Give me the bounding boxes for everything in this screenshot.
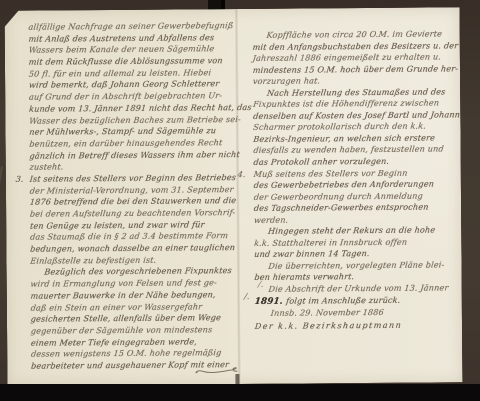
line-text: mit Anlaß des Austretens und Abfallens d… (28, 32, 215, 43)
line-text: auf Grund der in Abschrift beigebrachten… (28, 90, 222, 102)
line-text: das Staumaß die in § 2 ad 3.4 bestimmte … (30, 230, 229, 242)
handwritten-line: Kopffläche von circa 20 O.M. im Gevierte (252, 28, 455, 41)
line-text: gegenüber der Sägemühle von mindestens (30, 324, 213, 335)
handwritten-line: kunde vom 13. Jänner 1891 nicht das Rech… (28, 102, 242, 115)
line-text: Scharmer protokollarisch durch den k.k. (253, 121, 427, 132)
line-text: Bezüglich des vorgeschriebenen Fixpunkte… (44, 265, 233, 276)
line-text: der Gewerbeordnung durch Anmeldung (253, 190, 423, 201)
handwritten-line: mauerter Bauwerke in der Nähe bedungen, (30, 289, 244, 302)
handwritten-line: benützen, ein darüber hinausgehendes Rec… (29, 137, 243, 150)
item-number-marker: 4. (237, 168, 246, 180)
line-text: zusteht. (29, 162, 64, 172)
line-text: ner Mühlwerks-, Stampf- und Sägemühle zu (29, 125, 217, 136)
line-text: Muß seitens des Stellers vor Beginn (253, 167, 408, 178)
line-text: mindestens 15 O.M. hoch über dem Grunde … (252, 63, 459, 75)
line-text: Hingegen steht der Rekurs an die hohe (268, 225, 436, 236)
line-text: 1876 betreffend die bei den Stauwerken u… (29, 195, 237, 207)
line-text: vorzuragen hat. (252, 75, 321, 86)
right-page-text: Kopffläche von circa 20 O.M. im Gevierte… (252, 28, 456, 332)
line-text: bei deren Aufstellung zu beachtenden Vor… (29, 207, 236, 219)
closing-flourish-mark (193, 365, 239, 377)
line-text: Jahreszahl 1886 eingemeißelt zu erhalten… (252, 51, 442, 62)
line-text: folgt im Anschluße zurück. (286, 294, 401, 305)
margin-thread-line (0, 166, 3, 263)
line-text: benützen, ein darüber hinausgehendes Rec… (29, 137, 223, 149)
line-text: wird in Ermanglung von Felsen und fest g… (30, 277, 218, 288)
manuscript-photo: allfällige Nachfrage an seiner Gewerbebe… (0, 0, 480, 401)
line-text: das Protokoll anher vorzulegen. (253, 156, 390, 167)
line-text: werden. (253, 214, 289, 224)
date-line: Innsb. 29. November 1886 (254, 306, 457, 319)
insertion-caret-mark: /. (243, 290, 250, 302)
line-text: des Tagschneider-Gewerbes entsprochen (253, 202, 429, 213)
line-text: der Ministerial-Verordnung, vom 31. Sept… (29, 184, 234, 196)
line-text: des Gewerbebetriebes den Anforderungen (253, 179, 435, 190)
line-text: daß ein Stein an einer vor Wassergefahr (30, 301, 203, 312)
line-text: Einlaßstelle zu befestigen ist. (30, 254, 157, 265)
line-text: und zwar binnen 14 Tagen. (254, 248, 371, 259)
insertion-caret-mark: /. (243, 279, 264, 291)
line-text: Fixpunktes ist die Höhendifferenz zwisch… (253, 98, 440, 109)
line-text: Kopffläche von circa 20 O.M. im Gevierte (266, 28, 443, 39)
line-text: k.k. Statthalterei in Innsbruck offen (254, 236, 408, 247)
line-text: Bezirks-Ingenieur, an welchen sich erste… (253, 132, 436, 143)
line-text: Wassers beim Kanale der neuen Sägemühle (28, 44, 215, 55)
line-text: Wasser des bezüglichen Baches zum Betrie… (29, 113, 242, 125)
line-text: wird bemerkt, daß Johann Georg Schletter… (28, 79, 220, 91)
line-text: allfällige Nachfrage an seiner Gewerbebe… (28, 20, 234, 32)
line-text: 50 fl. für ein und allemal zu leisten. H… (28, 67, 212, 78)
line-text: Nach Herstellung des Staumaßes und des (266, 86, 446, 97)
line-text: gesicherten Stelle, allenfalls über dem … (30, 312, 221, 324)
line-text: Die Abschrift der Urkunde vom 13. Jänner (268, 282, 449, 293)
inserted-year-1891: 1891. (254, 296, 287, 306)
line-text: diesfalls zu wenden haben, festzustellen… (253, 144, 445, 156)
line-text: gänzlich in Betreff dieses Wassers ihm a… (29, 149, 241, 161)
line-text: bedungen, wonach dasselbe an einer taugl… (30, 242, 236, 254)
line-text: mauerter Bauwerke in der Nähe bedungen, (30, 289, 216, 300)
line-text: Die überreichten, vorgelegten Pläne blei… (268, 259, 445, 270)
handwritten-line: gegenüber der Sägemühle von mindestens (30, 324, 244, 337)
signature-line: Der k.k. Bezirkshauptmann (254, 319, 457, 332)
bottom-shadow-strip (0, 384, 480, 401)
binding-spine-notch-inner (221, 0, 225, 9)
line-text: Der k.k. Bezirkshauptmann (254, 319, 403, 330)
line-text: Innsb. 29. November 1886 (270, 307, 384, 318)
line-text: denselben auf Kosten des Josef Bartl und… (253, 109, 461, 121)
item-number-marker: 3. (15, 174, 24, 186)
handwritten-line: /.1891. folgt im Anschluße zurück. (254, 294, 457, 307)
line-text: kunde vom 13. Jänner 1891 nicht das Rech… (29, 102, 253, 114)
left-page-text: allfällige Nachfrage an seiner Gewerbebe… (28, 20, 244, 372)
line-text: ten Genüge zu leisten, und zwar wird für (29, 219, 205, 230)
line-text: dessen wenigstens 15 O.M. hohe regelmäßi… (30, 347, 222, 359)
manuscript-sheet: allfällige Nachfrage an seiner Gewerbebe… (5, 7, 463, 386)
line-text: mit dem Rückflusse die Ablösungssumme vo… (28, 55, 223, 67)
line-text: Ist seitens des Stellers vor Beginn des … (29, 172, 236, 184)
line-text: einem Meter Tiefe eingegraben werde, (30, 336, 197, 347)
handwritten-line: /.Die Abschrift der Urkunde vom 13. Jänn… (254, 282, 457, 295)
handwritten-line: das Protokoll anher vorzulegen. (253, 155, 456, 168)
line-text: mit den Anfangsbuchstaben des Besitzers … (252, 40, 459, 52)
line-text: ben hieramts verwahrt. (254, 272, 355, 283)
